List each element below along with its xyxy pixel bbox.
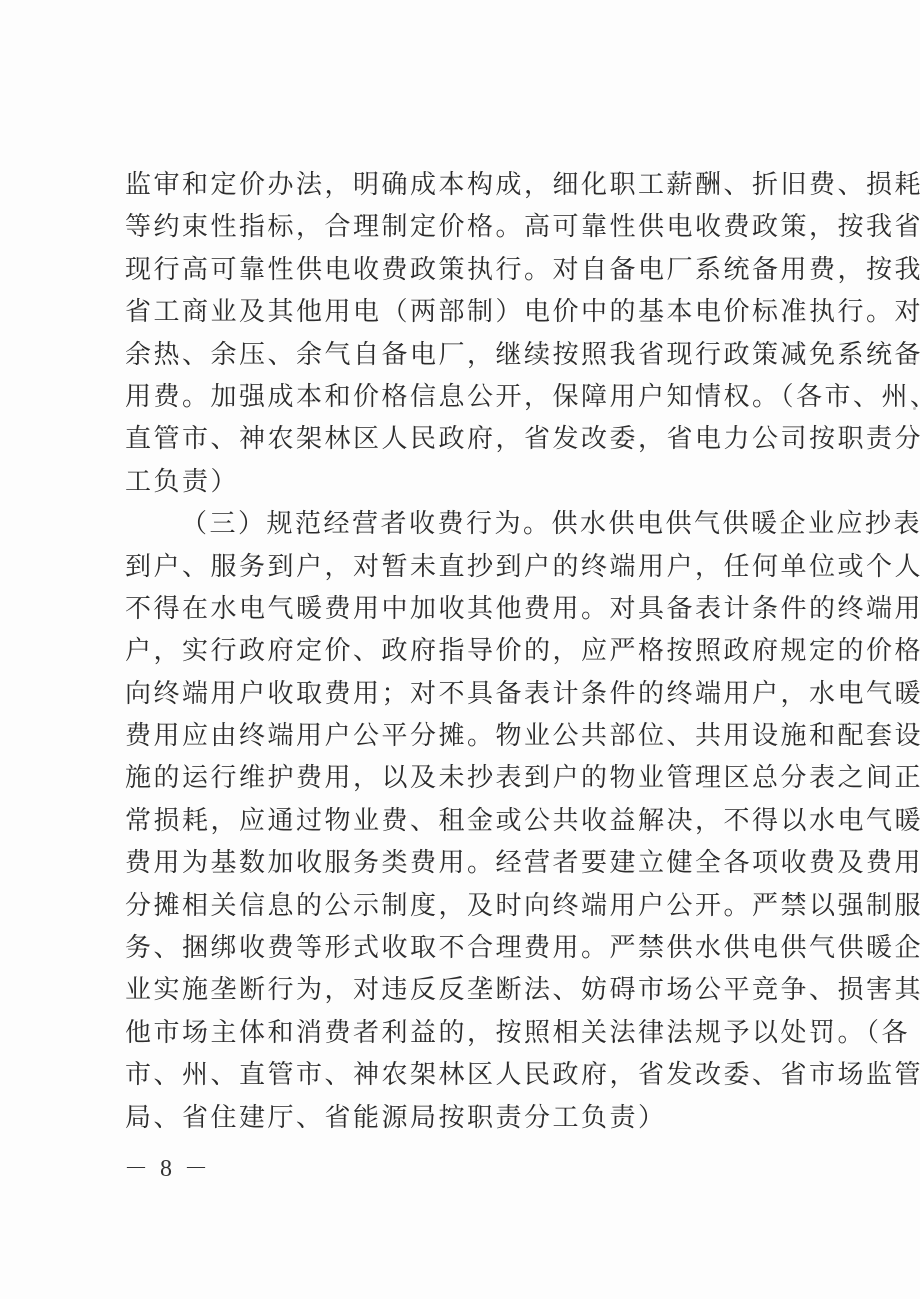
- text-line: 户，实行政府定价、政府指导价的，应严格按照政府规定的价格: [125, 630, 818, 672]
- text-line: 到户、服务到户，对暂未直抄到户的终端用户，任何单位或个人: [125, 546, 818, 588]
- scan-mark: [913, 360, 916, 363]
- text-line: 业实施垄断行为，对违反反垄断法、妨碍市场公平竞争、损害其: [125, 969, 818, 1011]
- text-line: 现行高可靠性供电收费政策执行。对自备电厂系统备用费，按我: [125, 249, 818, 291]
- text-line: 他市场主体和消费者利益的，按照相关法律法规予以处罚。（各: [125, 1012, 818, 1054]
- document-page: 监审和定价办法，明确成本构成，细化职工薪酬、折旧费、损耗 等约束性指标，合理制定…: [0, 0, 920, 1299]
- text-line: 工负责）: [125, 461, 818, 503]
- text-line: 常损耗，应通过物业费、租金或公共收益解决，不得以水电气暖: [125, 800, 818, 842]
- page-number: － 8 －: [124, 1148, 211, 1183]
- text-line: 市、州、直管市、神农架林区人民政府，省发改委、省市场监管: [125, 1054, 818, 1096]
- scan-mark: [913, 407, 916, 410]
- text-line: 务、捆绑收费等形式收取不合理费用。严禁供水供电供气供暖企: [125, 927, 818, 969]
- text-line: 分摊相关信息的公示制度，及时向终端用户公开。严禁以强制服: [125, 885, 818, 927]
- text-line: 向终端用户收取费用；对不具备表计条件的终端用户，水电气暖: [125, 673, 818, 715]
- section-heading-line: （三）规范经营者收费行为。供水供电供气供暖企业应抄表: [125, 503, 818, 545]
- text-line: 等约束性指标，合理制定价格。高可靠性供电收费政策，按我省: [125, 206, 818, 248]
- text-line: 费用为基数加收服务类费用。经营者要建立健全各项收费及费用: [125, 842, 818, 884]
- text-line: 监审和定价办法，明确成本构成，细化职工薪酬、折旧费、损耗: [125, 164, 818, 206]
- text-line: 余热、余压、余气自备电厂，继续按照我省现行政策减免系统备: [125, 334, 818, 376]
- text-line: 省工商业及其他用电（两部制）电价中的基本电价标准执行。对: [125, 291, 818, 333]
- text-line: 直管市、神农架林区人民政府，省发改委，省电力公司按职责分: [125, 418, 818, 460]
- text-line: 施的运行维护费用，以及未抄表到户的物业管理区总分表之间正: [125, 757, 818, 799]
- text-line: 局、省住建厅、省能源局按职责分工负责）: [125, 1097, 818, 1139]
- text-line: 不得在水电气暖费用中加收其他费用。对具备表计条件的终端用: [125, 588, 818, 630]
- text-line: 费用应由终端用户公平分摊。物业公共部位、共用设施和配套设: [125, 715, 818, 757]
- text-line: 用费。加强成本和价格信息公开，保障用户知情权。（各市、州、: [125, 376, 818, 418]
- body-text: 监审和定价办法，明确成本构成，细化职工薪酬、折旧费、损耗 等约束性指标，合理制定…: [125, 164, 820, 1139]
